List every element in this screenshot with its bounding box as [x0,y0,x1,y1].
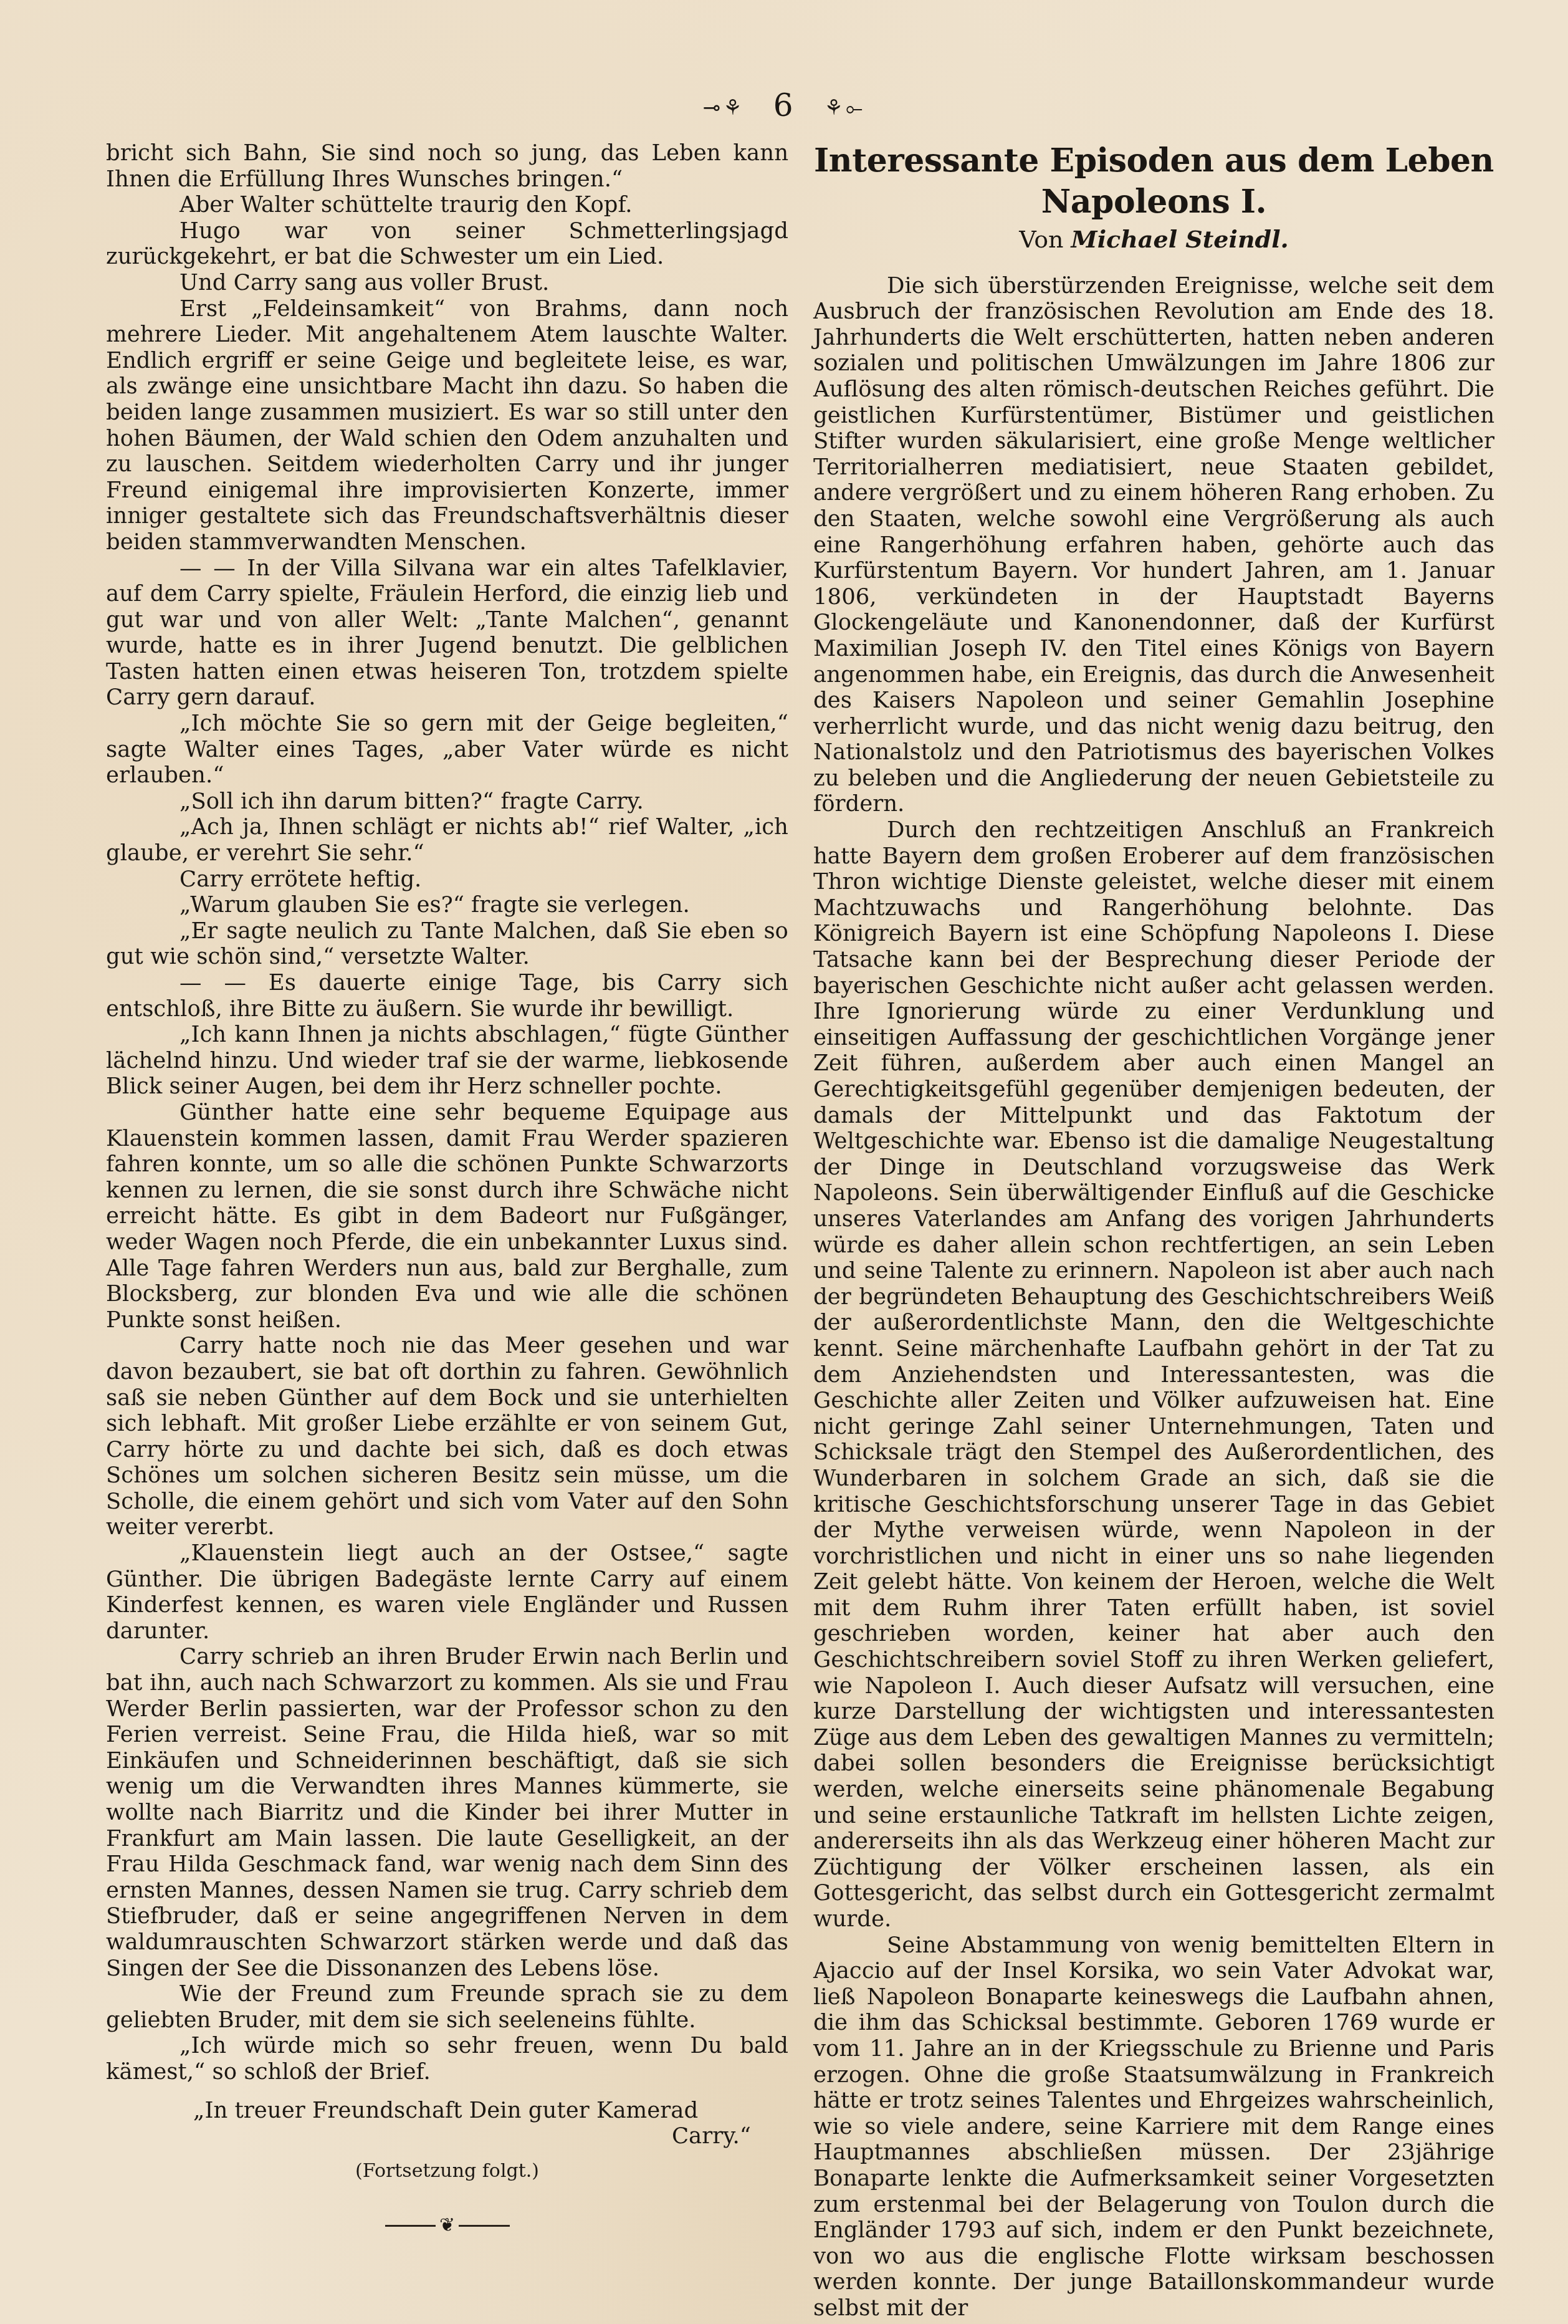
letter-signature: „In treuer Freundschaft Dein guter Kamer… [106,2098,788,2124]
byline-prefix: Von [1019,226,1063,253]
story-paragraph: „Klauenstein liegt auch an der Ostsee,“ … [106,1540,788,1644]
left-column-story: bricht sich Bahn, Sie sind noch so jung,… [106,140,788,2235]
divider-line [459,2225,509,2227]
story-paragraph: Erst „Feldeinsamkeit“ von Brahms, dann n… [106,296,788,555]
page-number: 6 [773,87,796,123]
story-paragraph: „Warum glauben Sie es?“ fragte sie verle… [106,892,788,918]
story-paragraph: „Er sagte neulich zu Tante Malchen, daß … [106,918,788,970]
article-title: Interessante Episoden aus dem Leben Napo… [813,140,1494,223]
article-paragraph: Die sich überstürzenden Ereignisse, welc… [813,273,1494,817]
story-paragraph: Und Carry sang aus voller Brust. [106,270,788,296]
story-paragraph: Wie der Freund zum Freunde sprach sie zu… [106,1981,788,2033]
story-paragraph: Aber Walter schüttelte traurig den Kopf. [106,192,788,218]
author-name: Michael Steindl. [1071,225,1289,253]
left-ornament-icon: ⊸⚘ [703,95,745,120]
story-paragraph: „Soll ich ihn darum bitten?“ fragte Carr… [106,789,788,815]
story-paragraph: — — Es dauerte einige Tage, bis Carry si… [106,970,788,1022]
section-divider: ❦ [385,2216,510,2235]
story-paragraph: „Ach ja, Ihnen schlägt er nichts ab!“ ri… [106,814,788,866]
byline: Von Michael Steindl. [813,226,1494,253]
story-paragraph: Carry hatte noch nie das Meer gesehen un… [106,1333,788,1540]
story-paragraph: Günther hatte eine sehr bequeme Equipage… [106,1100,788,1333]
story-paragraph: „Ich würde mich so sehr freuen, wenn Du … [106,2033,788,2085]
article-paragraph: Durch den rechtzeitigen Anschluß an Fran… [813,817,1494,1933]
story-paragraph: „Ich kann Ihnen ja nichts abschlagen,“ f… [106,1022,788,1100]
story-paragraph: Carry errötete heftig. [106,867,788,893]
page-header: ⊸⚘ 6 ⚘⟜ [0,87,1568,123]
letter-signature-name: Carry.“ [106,2123,788,2149]
divider-ornament-icon: ❦ [439,2216,455,2235]
story-paragraph: — — In der Villa Silvana war ein altes T… [106,555,788,711]
to-be-continued: (Fortsetzung folgt.) [106,2158,788,2184]
story-paragraph: Carry schrieb an ihren Bruder Erwin nach… [106,1644,788,1981]
article-paragraph: Seine Abstammung von wenig bemittelten E… [813,1933,1494,2322]
story-paragraph: „Ich möchte Sie so gern mit der Geige be… [106,711,788,789]
story-paragraph: Hugo war von seiner Schmetterlingsjagd z… [106,218,788,270]
right-ornament-icon: ⚘⟜ [824,95,865,120]
right-column-article: Interessante Episoden aus dem Leben Napo… [813,140,1494,2322]
story-paragraph: bricht sich Bahn, Sie sind noch so jung,… [106,140,788,192]
divider-line [385,2225,436,2227]
